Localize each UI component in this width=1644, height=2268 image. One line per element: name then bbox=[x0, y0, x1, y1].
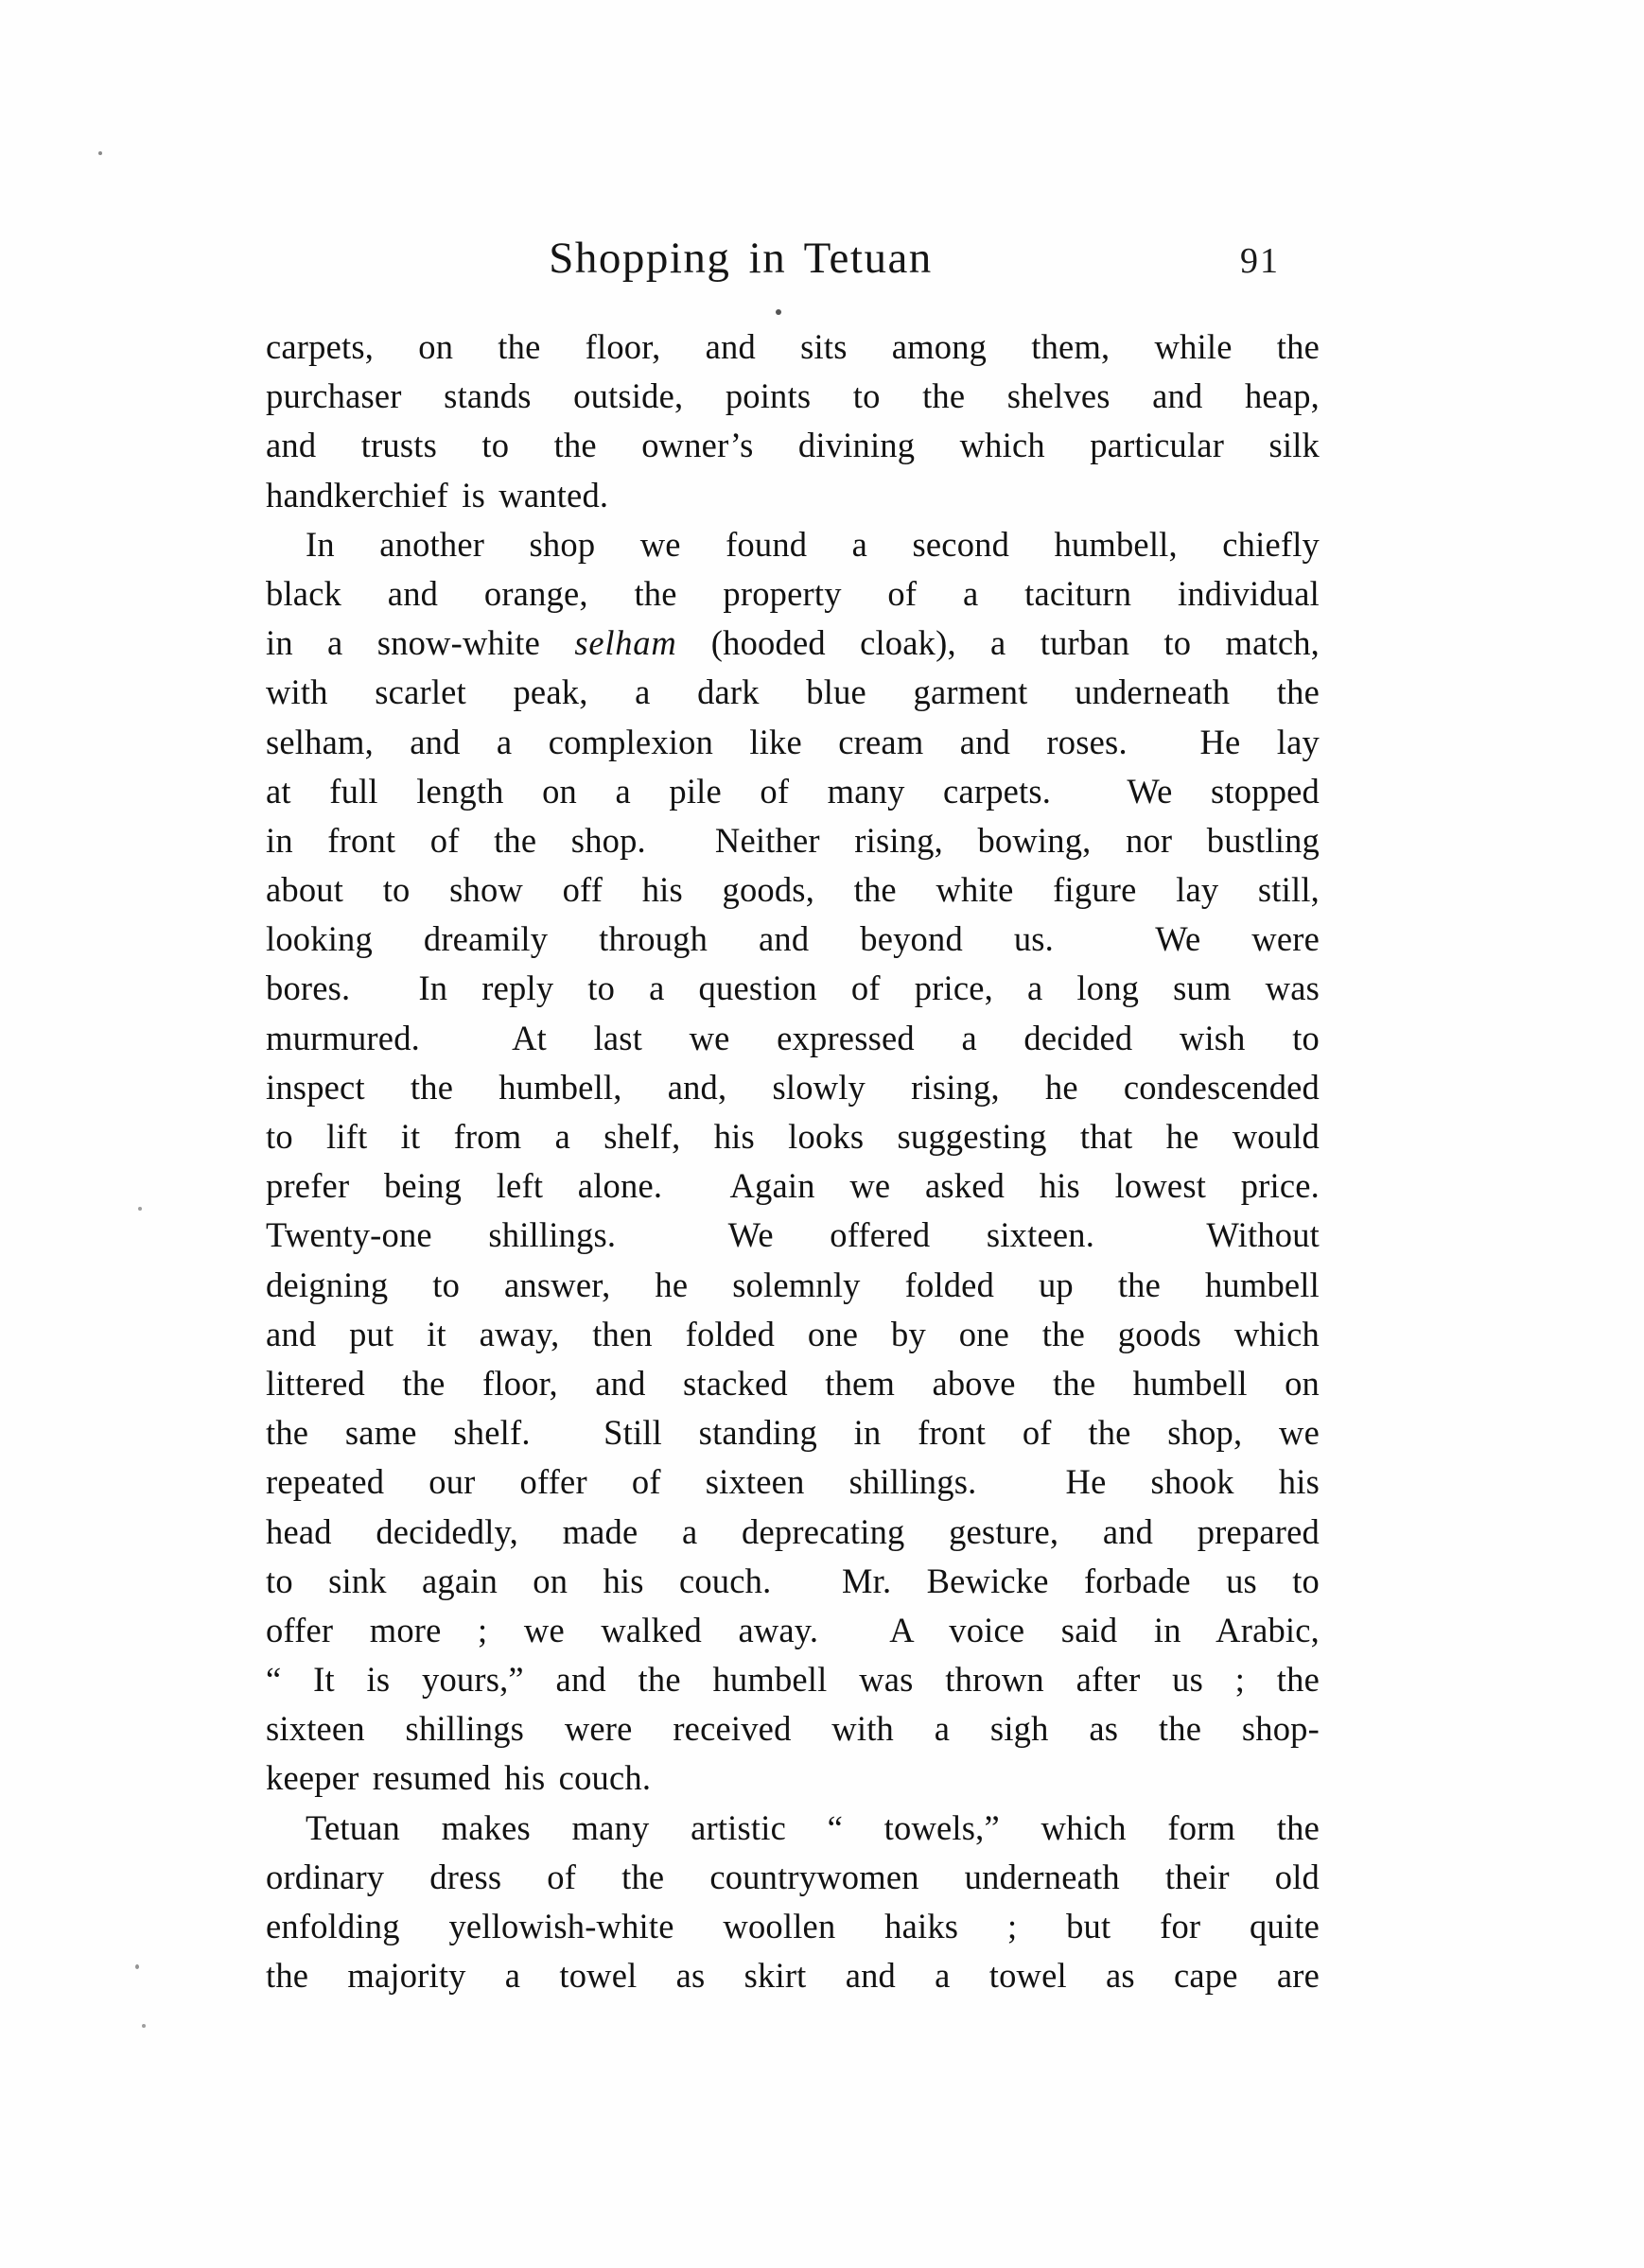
text-line: deigning to answer, he solemnly folded u… bbox=[266, 1261, 1320, 1310]
text-line: Tetuan makes many artistic “ towels,” wh… bbox=[266, 1804, 1320, 1853]
text-line: selham, and a complexion like cream and … bbox=[266, 718, 1320, 767]
text-line: offer more ; we walked away. A voice sai… bbox=[266, 1606, 1320, 1655]
text-line: “ It is yours,” and the humbell was thro… bbox=[266, 1655, 1320, 1704]
scan-speck bbox=[142, 2024, 146, 2028]
book-page: Shopping in Tetuan 91 carpets, on the fl… bbox=[0, 0, 1644, 2268]
scan-speck bbox=[135, 1964, 139, 1969]
text-line: enfolding yellowish-white woollen haiks … bbox=[266, 1902, 1320, 1951]
text-line: with scarlet peak, a dark blue garment u… bbox=[266, 668, 1320, 717]
text-line: keeper resumed his couch. bbox=[266, 1753, 1320, 1803]
text-line: in a snow-white selham (hooded cloak), a… bbox=[266, 619, 1320, 668]
text-line: looking dreamily through and beyond us. … bbox=[266, 915, 1320, 964]
text-line: about to show off his goods, the white f… bbox=[266, 865, 1320, 915]
text-line: at full length on a pile of many carpets… bbox=[266, 767, 1320, 816]
text-line: In another shop we found a second humbel… bbox=[266, 520, 1320, 569]
text-line: to lift it from a shelf, his looks sugge… bbox=[266, 1112, 1320, 1161]
text-line: to sink again on his couch. Mr. Bewicke … bbox=[266, 1557, 1320, 1606]
text-line: littered the floor, and stacked them abo… bbox=[266, 1359, 1320, 1408]
text-line: murmured. At last we expressed a decided… bbox=[266, 1014, 1320, 1063]
text-line: prefer being left alone. Again we asked … bbox=[266, 1161, 1320, 1211]
text-line: in front of the shop. Neither rising, bo… bbox=[266, 816, 1320, 865]
page-body: carpets, on the floor, and sits among th… bbox=[266, 323, 1320, 2000]
text-line: the majority a towel as skirt and a towe… bbox=[266, 1951, 1320, 2000]
page-header: Shopping in Tetuan 91 bbox=[266, 233, 1320, 299]
text-line: the same shelf. Still standing in front … bbox=[266, 1408, 1320, 1457]
text-line: bores. In reply to a question of price, … bbox=[266, 964, 1320, 1013]
text-line: and put it away, then folded one by one … bbox=[266, 1310, 1320, 1359]
text-line: repeated our offer of sixteen shillings.… bbox=[266, 1457, 1320, 1507]
page-number: 91 bbox=[1240, 240, 1280, 282]
text-line: black and orange, the property of a taci… bbox=[266, 569, 1320, 619]
page-title: Shopping in Tetuan bbox=[266, 233, 1216, 284]
text-line: carpets, on the floor, and sits among th… bbox=[266, 323, 1320, 372]
scan-speck bbox=[98, 151, 102, 155]
scan-speck bbox=[138, 1207, 142, 1211]
text-line: sixteen shillings were received with a s… bbox=[266, 1704, 1320, 1753]
text-line: head decidedly, made a deprecating gestu… bbox=[266, 1508, 1320, 1557]
text-line: and trusts to the owner’s divining which… bbox=[266, 421, 1320, 470]
text-line: Twenty-one shillings. We offered sixteen… bbox=[266, 1211, 1320, 1260]
text-line: purchaser stands outside, points to the … bbox=[266, 372, 1320, 421]
text-line: inspect the humbell, and, slowly rising,… bbox=[266, 1063, 1320, 1112]
scan-speck bbox=[776, 309, 781, 315]
text-line: ordinary dress of the countrywomen under… bbox=[266, 1853, 1320, 1902]
text-line: handkerchief is wanted. bbox=[266, 471, 1320, 520]
